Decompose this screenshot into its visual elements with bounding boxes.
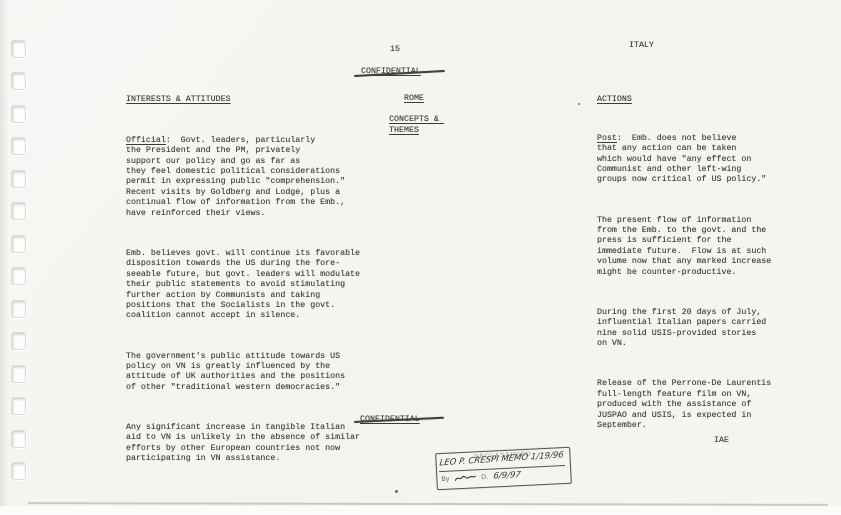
paragraph-text: Emb. believes govt. will continue its fa…	[126, 249, 360, 320]
paragraph: Official: Govt. leaders, particularly th…	[126, 136, 382, 219]
paragraph-text: Release of the Perrone-De Laurentis full…	[597, 379, 771, 430]
post-city: ROME	[404, 94, 424, 103]
paragraph-lead: Official	[126, 136, 166, 145]
left-column-body: Official: Govt. leaders, particularly th…	[126, 115, 382, 494]
binder-hole	[11, 462, 26, 480]
binder-hole	[11, 365, 26, 383]
paragraph: Emb. believes govt. will continue its fa…	[126, 249, 382, 322]
binder-hole	[11, 300, 26, 318]
concepts-themes-heading: CONCEPTS & THEMES	[389, 115, 444, 134]
paragraph-text: Any significant increase in tangible Ita…	[126, 423, 360, 463]
binder-hole	[11, 430, 26, 448]
binder-hole	[11, 137, 26, 155]
paragraph-text: During the first 20 days of July, influe…	[597, 308, 766, 348]
scanned-document-page: 15 ITALY CONFIDENTIAL ROME CONCEPTS & TH…	[0, 0, 841, 515]
footer-code: IAE	[714, 436, 729, 446]
binder-hole	[11, 267, 26, 285]
binder-hole	[11, 170, 26, 188]
declassification-stamp: DECLASSIFIED LEO P. CRESPI MEMO 1/19/96 …	[435, 447, 572, 491]
binder-hole	[11, 72, 26, 90]
paragraph-text: The present flow of information from the…	[597, 216, 771, 277]
binder-hole	[11, 235, 26, 253]
left-column-heading: INTERESTS & ATTITUDES	[126, 95, 231, 105]
binder-hole	[11, 105, 26, 123]
ink-speck	[395, 490, 398, 493]
binder-hole	[11, 40, 26, 58]
paragraph: Post: Emb. does not believe that any act…	[597, 134, 815, 186]
scan-margin	[0, 506, 841, 515]
right-column-body: Post: Emb. does not believe that any act…	[597, 113, 815, 461]
ink-speck	[578, 103, 580, 105]
country-header: ITALY	[629, 41, 654, 51]
paragraph-text: The government's public attitude towards…	[126, 352, 345, 392]
paragraph-text: : Emb. does not believe that any action …	[597, 134, 766, 185]
paragraph: Any significant increase in tangible Ita…	[126, 423, 382, 465]
stamp-handwritten-date: 6/9/97	[492, 470, 521, 481]
paragraph: The present flow of information from the…	[597, 216, 815, 278]
stamp-date-prefix: D.	[481, 473, 488, 480]
paragraph: Release of the Perrone-De Laurentis full…	[597, 379, 815, 431]
paragraph-text: : Govt. leaders, particularly the Presid…	[126, 136, 345, 218]
paragraph: During the first 20 days of July, influe…	[597, 308, 815, 350]
right-column-heading: ACTIONS	[597, 95, 632, 105]
paragraph: The government's public attitude towards…	[126, 352, 382, 394]
binder-hole	[11, 332, 26, 350]
signature-squiggle-icon	[454, 473, 476, 482]
stamp-by-label: By	[441, 475, 449, 482]
page-left-edge-shadow	[0, 0, 9, 515]
binder-hole	[11, 397, 26, 415]
page-number: 15	[390, 45, 400, 55]
paragraph-lead: Post	[597, 134, 617, 143]
binder-hole	[11, 202, 26, 220]
